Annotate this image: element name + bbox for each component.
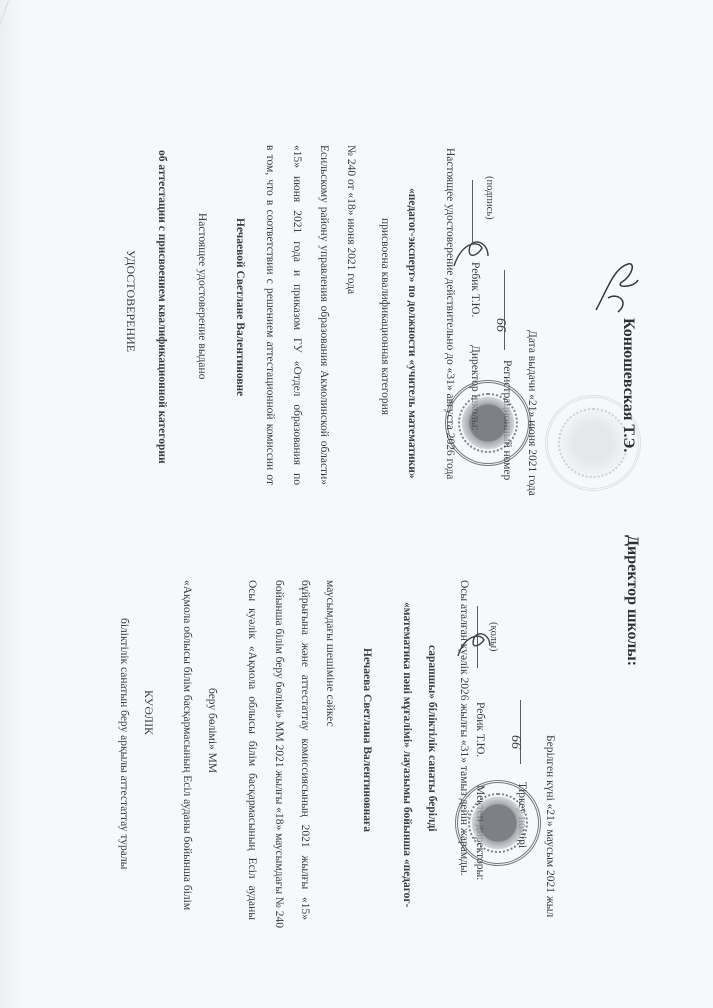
ru-recipient-name: Нечаевой Светлане Валентиновне bbox=[234, 218, 246, 396]
ru-assigned-label: присвоена квалификационная категория bbox=[379, 218, 391, 415]
kz-body-line: маусымдағы шешіміне сәйкес bbox=[324, 580, 336, 727]
ru-director-signature bbox=[448, 236, 494, 274]
ru-body-line: «15» июня 2021 года и приказом ГУ «Отдел… bbox=[291, 145, 303, 485]
kz-registration-line bbox=[520, 700, 521, 764]
ru-official-stamp bbox=[445, 380, 531, 466]
ru-category: «педагог-эксперт» по должности «учитель … bbox=[406, 188, 418, 479]
scan-shadow bbox=[0, 0, 22, 1008]
kz-issue-date: Берілген күні «21» маусым 2021 жыл bbox=[544, 735, 556, 917]
kz-org-line: «Ақмола облысы білім басқармасының Есіл … bbox=[181, 580, 193, 910]
ru-signature-line bbox=[472, 180, 473, 242]
footer-director-label: Директор школы: bbox=[624, 535, 640, 666]
kz-director-name: Ребик Т.Ю. bbox=[474, 702, 486, 757]
ru-body-line: № 240 от «18» июня 2021 года bbox=[345, 145, 357, 294]
kz-header: біліктілік санатын беру арқылы аттестатт… bbox=[118, 618, 130, 869]
ru-registration-number: 66 bbox=[493, 318, 507, 332]
kz-category-line: сарапшы» біліктілік санаты берілді bbox=[426, 645, 438, 831]
kz-director-signature bbox=[452, 628, 496, 664]
kz-registration-number: 66 bbox=[508, 735, 522, 749]
ru-signature-caption: (подпись) bbox=[484, 176, 495, 220]
kz-body-line: бойынша білім беру бөлімі» ММ 2021 жылғы… bbox=[273, 580, 285, 920]
footer-director-signature bbox=[588, 258, 646, 318]
footer-director-name: Конюшевская Т.Э. bbox=[620, 318, 636, 452]
ru-title: УДОСТОВЕРЕНИЕ bbox=[125, 250, 137, 352]
ru-registration-line bbox=[504, 270, 505, 350]
ru-body-line: в том, что в соответствии с решением атт… bbox=[264, 145, 276, 485]
kz-org-line: беру бөлімі» ММ bbox=[206, 688, 218, 773]
kz-body-line: бұйрығына және аттестаттау комиссиясының… bbox=[299, 580, 311, 920]
kz-category-line: «математика пәні мұғалімі» лауазымы бойы… bbox=[401, 602, 413, 907]
kz-official-stamp bbox=[455, 780, 541, 866]
ru-body-line: Есильскому району управления образования… bbox=[318, 145, 330, 485]
kz-recipient-name: Нечаева Светлана Валентиновнаға bbox=[361, 648, 373, 832]
kz-title: КУӘЛІК bbox=[143, 690, 155, 735]
kz-body-line: Осы куәлік «Ақмола облысы білім басқарма… bbox=[246, 580, 258, 920]
ru-issued-to-label: Настоящее удостоверение выдано bbox=[196, 213, 208, 379]
ru-subtitle: об аттестации с присвоением квалификацио… bbox=[156, 150, 168, 464]
